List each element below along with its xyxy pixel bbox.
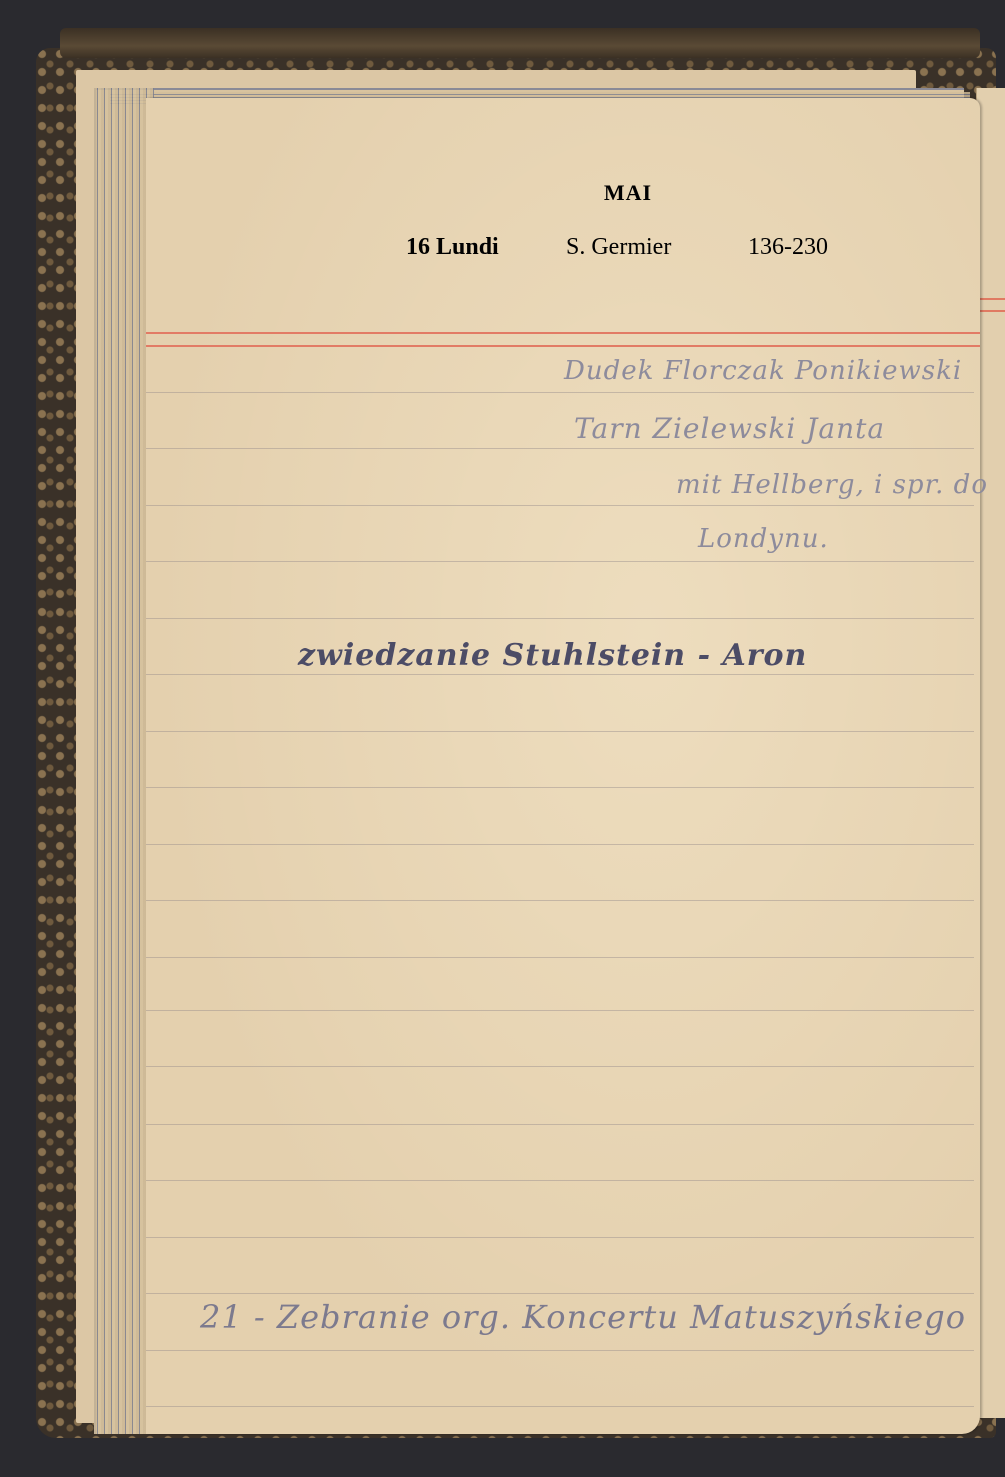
- handwritten-footer-note: 21 - Zebranie org. Koncertu Matuszyńskie…: [200, 1298, 966, 1336]
- handwritten-names-row-4: Londynu.: [698, 524, 829, 554]
- ruled-line: [146, 900, 974, 901]
- red-header-rule: [146, 332, 980, 334]
- handwritten-names-row-1: Dudek Florczak Ponikiewski: [564, 356, 962, 386]
- saint-label: S. Germier: [566, 234, 671, 261]
- ruled-line: [146, 448, 974, 449]
- day-label: 16 Lundi: [406, 234, 499, 261]
- ruled-line: [146, 1350, 974, 1351]
- ruled-line: [146, 674, 974, 675]
- ruled-line: [146, 1010, 974, 1011]
- ruled-line: [146, 787, 974, 788]
- ruled-line: [146, 618, 974, 619]
- ruled-line: [146, 731, 974, 732]
- next-page-red-rule: [977, 298, 1005, 300]
- ruled-line: [146, 1237, 974, 1238]
- next-page-red-rule: [977, 310, 1005, 312]
- ruled-line: [146, 1066, 974, 1067]
- handwritten-names-row-3: mit Hellberg, i spr. do: [676, 470, 988, 500]
- handwritten-meeting-note: zwiedzanie Stuhlstein - Aron: [298, 638, 807, 673]
- ruled-line: [146, 844, 974, 845]
- red-header-rule: [146, 345, 980, 347]
- handwritten-names-row-2: Tarn Zielewski Janta: [574, 412, 885, 445]
- next-page-edge: [976, 88, 1005, 1418]
- ruled-line: [146, 392, 974, 393]
- day-count-label: 136-230: [748, 234, 828, 261]
- ruled-line: [146, 957, 974, 958]
- page-side-leaves: [94, 88, 154, 1434]
- diary-page: MAI 16 Lundi S. Germier 136-230 Dudek Fl…: [146, 98, 980, 1434]
- ruled-line: [146, 1406, 974, 1407]
- ruled-line: [146, 1124, 974, 1125]
- cover-top-edge: [60, 28, 980, 58]
- ruled-line: [146, 1293, 974, 1294]
- month-heading: MAI: [498, 180, 758, 206]
- ruled-line: [146, 561, 974, 562]
- ruled-line: [146, 1180, 974, 1181]
- ruled-line: [146, 505, 974, 506]
